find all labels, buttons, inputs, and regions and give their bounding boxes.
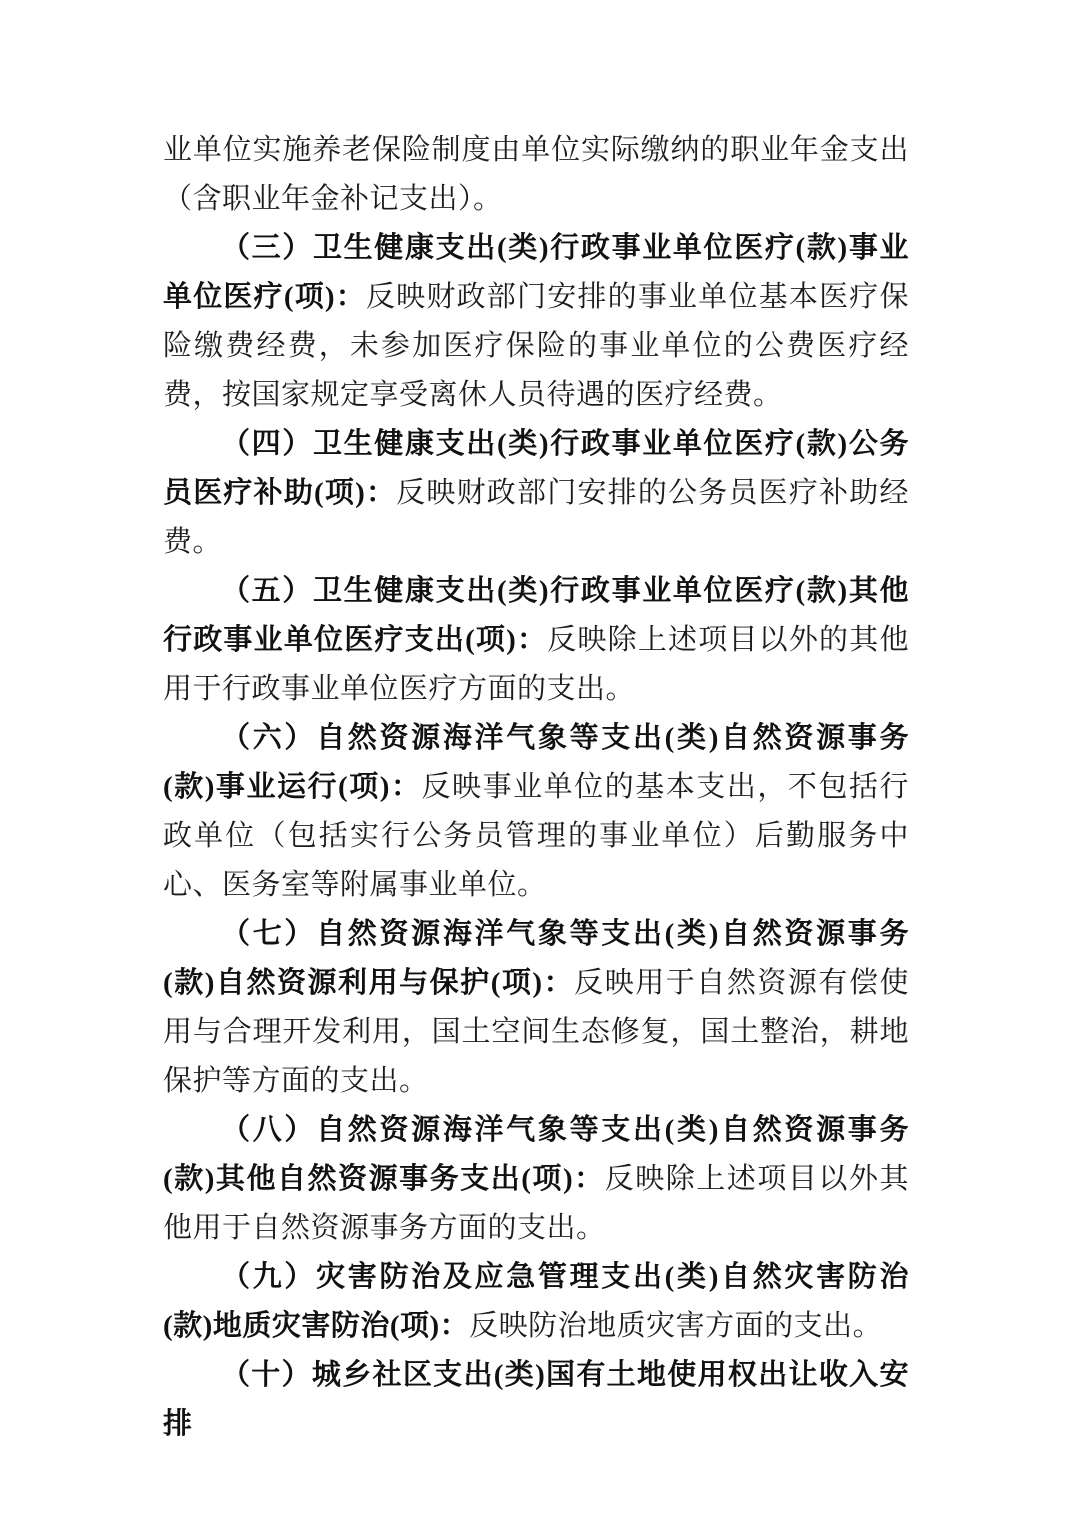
clause-paragraph-6: （六）自然资源海洋气象等支出(类)自然资源事务(款)事业运行(项)：反映事业单位…: [163, 714, 909, 910]
clause-body: 反映防治地质灾害方面的支出。: [469, 1310, 882, 1342]
clause-paragraph-4: （四）卫生健康支出(类)行政事业单位医疗(款)公务员医疗补助(项)：反映财政部门…: [163, 420, 909, 567]
clause-paragraph-10: （十）城乡社区支出(类)国有土地使用权出让收入安排: [163, 1351, 909, 1449]
clause-paragraph-3: （三）卫生健康支出(类)行政事业单位医疗(款)事业单位医疗(项)：反映财政部门安…: [163, 224, 909, 420]
clause-paragraph-7: （七）自然资源海洋气象等支出(类)自然资源事务(款)自然资源利用与保护(项)：反…: [163, 910, 909, 1106]
document-page: 业单位实施养老保险制度由单位实际缴纳的职业年金支出（含职业年金补记支出）。 （三…: [0, 0, 1074, 1520]
document-body: 业单位实施养老保险制度由单位实际缴纳的职业年金支出（含职业年金补记支出）。 （三…: [163, 126, 909, 1449]
continuation-paragraph: 业单位实施养老保险制度由单位实际缴纳的职业年金支出（含职业年金补记支出）。: [163, 126, 909, 224]
clause-paragraph-9: （九）灾害防治及应急管理支出(类)自然灾害防治(款)地质灾害防治(项)：反映防治…: [163, 1253, 909, 1351]
clause-heading: （十）城乡社区支出(类)国有土地使用权出让收入安排: [163, 1359, 909, 1440]
clause-paragraph-8: （八）自然资源海洋气象等支出(类)自然资源事务(款)其他自然资源事务支出(项)：…: [163, 1106, 909, 1253]
clause-paragraph-5: （五）卫生健康支出(类)行政事业单位医疗(款)其他行政事业单位医疗支出(项)：反…: [163, 567, 909, 714]
